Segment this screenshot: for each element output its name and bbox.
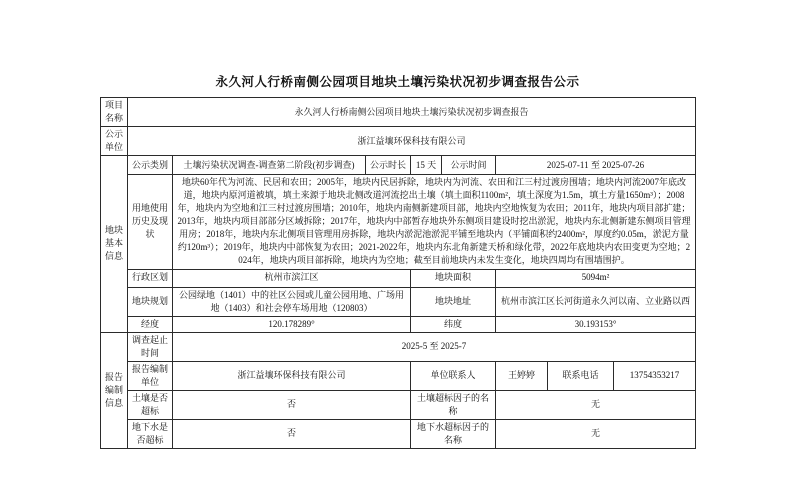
- page-title: 永久河人行桥南侧公园项目地块土壤污染状况初步调查报告公示: [100, 75, 695, 90]
- site-basic-info-group-label: 地块基本信息: [101, 156, 128, 332]
- survey-period-label: 调查起止时间: [128, 332, 173, 361]
- report-unit-label: 报告编制单位: [128, 361, 173, 390]
- notice-table: 项目名称 永久河人行桥南侧公园项目地块土壤污染状况初步调查报告 公示单位 浙江益…: [100, 97, 696, 449]
- latitude-value: 30.193153°: [496, 316, 696, 332]
- table-row: 报告编制信息 调查起止时间 2025-5 至 2025-7: [101, 332, 696, 361]
- report-info-group-label: 报告编制信息: [101, 332, 128, 448]
- site-address-value: 杭州市滨江区长河街道永久河以南、立业路以西: [496, 287, 696, 316]
- project-name-value: 永久河人行桥南侧公园项目地块土壤污染状况初步调查报告: [128, 98, 696, 127]
- project-name-label: 项目名称: [101, 98, 128, 127]
- publicity-category-value: 土壤污染状况调查-调查第二阶段(初步调查): [173, 156, 366, 175]
- site-address-label: 地块地址: [411, 287, 496, 316]
- notice-page: 永久河人行桥南侧公园项目地块土壤污染状况初步调查报告公示 项目名称 永久河人行桥…: [0, 0, 800, 500]
- site-planning-label: 地块规划: [128, 287, 173, 316]
- table-row: 土壤是否超标 否 土壤超标因子的名称 无: [101, 390, 696, 419]
- table-row: 用地使用历史及现状 地块60年代为河流、民居和农田；2005年，地块内民居拆除，…: [101, 175, 696, 269]
- publicity-unit-label: 公示单位: [101, 127, 128, 156]
- contact-phone-label: 联系电话: [548, 361, 614, 390]
- publicity-duration-value: 15 天: [411, 156, 442, 175]
- groundwater-exceed-factor-label: 地下水超标因子的名称: [411, 419, 496, 448]
- table-row: 经度 120.178289° 纬度 30.193153°: [101, 316, 696, 332]
- report-unit-value: 浙江益壤环保科技有限公司: [173, 361, 411, 390]
- table-row: 报告编制单位 浙江益壤环保科技有限公司 单位联系人 王婷婷 联系电话 13754…: [101, 361, 696, 390]
- table-row: 地块规划 公园绿地（1401）中的社区公园或儿童公园用地、广场用地（1403）和…: [101, 287, 696, 316]
- table-row: 公示单位 浙江益壤环保科技有限公司: [101, 127, 696, 156]
- contact-phone-value: 13754353217: [614, 361, 696, 390]
- soil-exceed-factor-value: 无: [496, 390, 696, 419]
- admin-division-value: 杭州市滨江区: [173, 269, 411, 287]
- publicity-period-value: 2025-07-11 至 2025-07-26: [496, 156, 696, 175]
- table-row: 地块基本信息 公示类别 土壤污染状况调查-调查第二阶段(初步调查) 公示时长 1…: [101, 156, 696, 175]
- groundwater-exceed-value: 否: [173, 419, 411, 448]
- publicity-category-label: 公示类别: [128, 156, 173, 175]
- admin-division-label: 行政区划: [128, 269, 173, 287]
- site-planning-value: 公园绿地（1401）中的社区公园或儿童公园用地、广场用地（1403）和社会停车场…: [173, 287, 411, 316]
- unit-contact-value: 王婷婷: [496, 361, 548, 390]
- longitude-label: 经度: [128, 316, 173, 332]
- survey-period-value: 2025-5 至 2025-7: [173, 332, 696, 361]
- site-area-value: 5094m²: [496, 269, 696, 287]
- publicity-period-label: 公示时间: [442, 156, 496, 175]
- table-row: 地下水是否超标 否 地下水超标因子的名称 无: [101, 419, 696, 448]
- soil-exceed-factor-label: 土壤超标因子的名称: [411, 390, 496, 419]
- unit-contact-label: 单位联系人: [411, 361, 496, 390]
- longitude-value: 120.178289°: [173, 316, 411, 332]
- table-row: 行政区划 杭州市滨江区 地块面积 5094m²: [101, 269, 696, 287]
- latitude-label: 纬度: [411, 316, 496, 332]
- publicity-unit-value: 浙江益壤环保科技有限公司: [128, 127, 696, 156]
- site-area-label: 地块面积: [411, 269, 496, 287]
- land-use-history-value: 地块60年代为河流、民居和农田；2005年，地块内民居拆除，地块内为河流、农田和…: [173, 175, 696, 269]
- groundwater-exceed-factor-value: 无: [496, 419, 696, 448]
- land-use-history-label: 用地使用历史及现状: [128, 175, 173, 269]
- soil-exceed-value: 否: [173, 390, 411, 419]
- groundwater-exceed-label: 地下水是否超标: [128, 419, 173, 448]
- publicity-duration-label: 公示时长: [366, 156, 411, 175]
- table-row: 项目名称 永久河人行桥南侧公园项目地块土壤污染状况初步调查报告: [101, 98, 696, 127]
- soil-exceed-label: 土壤是否超标: [128, 390, 173, 419]
